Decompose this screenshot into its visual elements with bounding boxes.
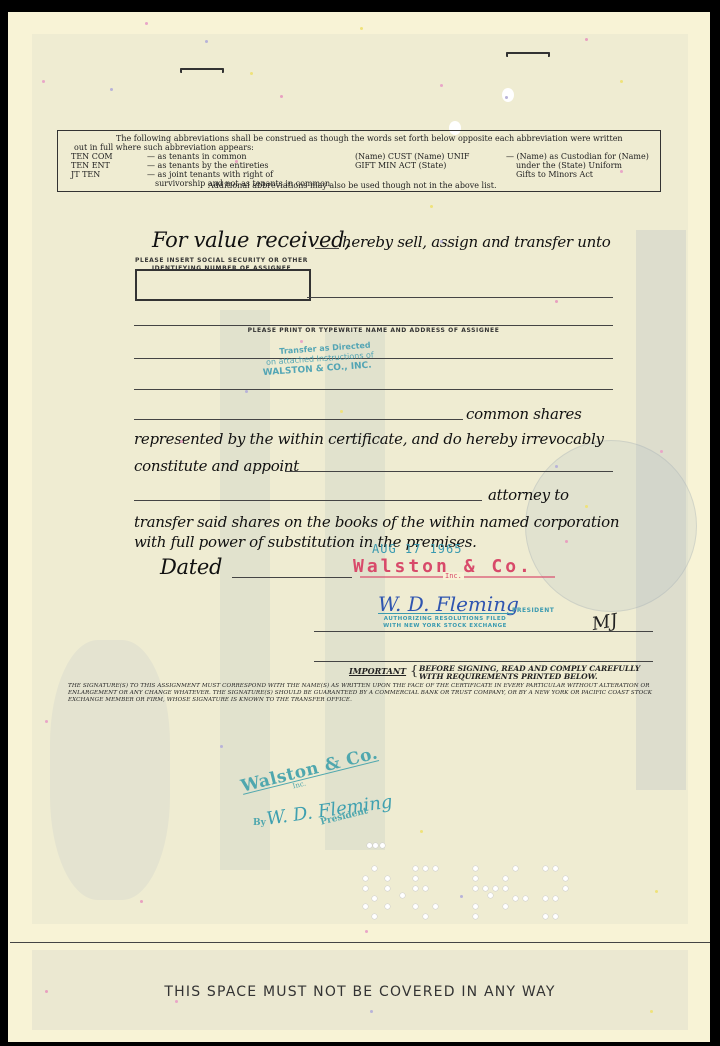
perforation-hole xyxy=(363,876,368,881)
signature-underline xyxy=(378,613,513,614)
perforation-hole xyxy=(413,886,418,891)
fleck xyxy=(565,540,568,543)
perforation-hole xyxy=(513,866,518,871)
constitute-appoint-text: constitute and appoint xyxy=(134,457,299,475)
perforation-hole xyxy=(503,876,508,881)
fleck xyxy=(250,72,253,75)
represented-text: represented by the within certificate, a… xyxy=(134,430,604,448)
fleck xyxy=(360,27,363,30)
shares-count-line xyxy=(134,419,463,420)
perforation-hole xyxy=(380,843,385,848)
fleck xyxy=(585,505,588,508)
signature-line-2 xyxy=(314,661,653,662)
attorney-name-line-1 xyxy=(285,471,613,472)
fleck xyxy=(655,890,658,893)
fleck xyxy=(585,38,588,41)
assignor-blank xyxy=(315,248,339,249)
perforation-hole xyxy=(473,904,478,909)
fleck xyxy=(420,830,423,833)
perforation-hole xyxy=(385,904,390,909)
perforation-hole xyxy=(400,893,405,898)
perforation-hole xyxy=(473,886,478,891)
transfer-said-text: transfer said shares on the books of the… xyxy=(134,513,619,531)
fleck xyxy=(235,160,238,163)
hereby-transfer-text: hereby sell, assign and transfer unto xyxy=(342,233,610,251)
initials-mark: MJ xyxy=(590,610,619,635)
fleck xyxy=(440,240,443,243)
perforation-hole xyxy=(385,876,390,881)
perforation-hole xyxy=(372,896,377,901)
fleck xyxy=(505,96,508,99)
fleck xyxy=(430,205,433,208)
perforation-hole xyxy=(543,866,548,871)
perforation-hole xyxy=(493,886,498,891)
perforation-hole xyxy=(543,914,548,919)
perforation-hole xyxy=(563,886,568,891)
fleck xyxy=(620,170,623,173)
perforation-hole xyxy=(503,886,508,891)
fleck xyxy=(145,22,148,25)
perforation-hole xyxy=(367,843,372,848)
perforation-hole xyxy=(363,904,368,909)
abbreviations-box: The following abbreviations shall be con… xyxy=(57,130,661,192)
fleck xyxy=(42,80,45,83)
perforation-hole xyxy=(433,866,438,871)
red-stamp-inc: Inc. xyxy=(443,572,464,580)
attorney-name-line-2 xyxy=(134,500,482,501)
perforation-hole xyxy=(553,866,558,871)
perforation-hole xyxy=(483,886,488,891)
perforation-hole xyxy=(423,914,428,919)
common-shares-text: common shares xyxy=(466,405,582,423)
perforation-hole xyxy=(553,896,558,901)
do-not-cover-note: THIS SPACE MUST NOT BE COVERED IN ANY WA… xyxy=(0,984,720,1000)
resolutions-stamp: AUTHORIZING RESOLUTIONS FILED WITH NEW Y… xyxy=(375,616,515,630)
fleck xyxy=(45,990,48,993)
attorney-to-text: attorney to xyxy=(488,486,569,504)
fleck xyxy=(140,900,143,903)
fleck xyxy=(205,40,208,43)
perforation-hole xyxy=(488,893,493,898)
fleck xyxy=(110,88,113,91)
perforation-hole xyxy=(543,896,548,901)
fleck xyxy=(45,720,48,723)
fleck xyxy=(245,390,248,393)
important-label: IMPORTANT xyxy=(349,666,406,676)
staple xyxy=(506,52,550,57)
fleck xyxy=(555,465,558,468)
perforation-hole xyxy=(423,886,428,891)
perforation-hole xyxy=(413,866,418,871)
ssn-input-box[interactable] xyxy=(135,269,311,301)
perforation-hole xyxy=(373,843,378,848)
abbreviations-intro: The following abbreviations shall be con… xyxy=(68,134,656,152)
perforation-hole xyxy=(372,866,377,871)
date-line xyxy=(232,577,352,578)
perforation-hole xyxy=(553,914,558,919)
perforation-hole xyxy=(503,904,508,909)
guarantee-by: By xyxy=(253,818,266,828)
fleck xyxy=(650,1010,653,1013)
important-notice: BEFORE SIGNING, READ AND COMPLY CAREFULL… xyxy=(419,665,640,681)
assignee-line-1 xyxy=(307,297,613,298)
name-address-label: PLEASE PRINT OR TYPEWRITE NAME AND ADDRE… xyxy=(134,327,613,334)
fleck xyxy=(280,95,283,98)
perforation-hole xyxy=(433,904,438,909)
abbr-custodian: — (Name) as Custodian for (Name) under t… xyxy=(506,152,649,179)
fleck xyxy=(370,1010,373,1013)
fleck xyxy=(175,1000,178,1003)
perforation-hole xyxy=(413,904,418,909)
abbr-ten-com: TEN COM— as tenants in common xyxy=(71,152,247,161)
perforation-hole xyxy=(413,876,418,881)
fleck xyxy=(660,450,663,453)
perforation-hole xyxy=(473,914,478,919)
fleck xyxy=(365,930,368,933)
perforation-hole xyxy=(473,866,478,871)
perforation-hole xyxy=(523,896,528,901)
brace: { xyxy=(410,664,418,679)
date-stamp: AUG 17 1965 xyxy=(372,542,462,556)
dated-label: Dated xyxy=(160,555,222,579)
abbr-uniform-gift: (Name) CUST (Name) UNIF GIFT MIN ACT (St… xyxy=(355,152,469,170)
fleck xyxy=(340,410,343,413)
perforation-hole xyxy=(513,896,518,901)
fleck xyxy=(180,440,183,443)
bottom-divider xyxy=(10,942,710,943)
signature-requirements: THE SIGNATURE(S) TO THIS ASSIGNMENT MUST… xyxy=(68,683,662,704)
perforation-hole xyxy=(372,914,377,919)
perforation-hole xyxy=(563,876,568,881)
fleck xyxy=(440,84,443,87)
punch-hole xyxy=(502,88,514,102)
address-line-2 xyxy=(134,389,613,390)
show-through-portrait xyxy=(50,640,170,900)
perforation-hole xyxy=(385,886,390,891)
fleck xyxy=(620,80,623,83)
assignee-line-2 xyxy=(134,325,613,326)
perforation-hole xyxy=(473,876,478,881)
fleck xyxy=(300,340,303,343)
perforation-hole xyxy=(363,886,368,891)
perforation-hole xyxy=(423,866,428,871)
abbr-ten-ent: TEN ENT— as tenants by the entireties xyxy=(71,161,269,170)
fleck xyxy=(220,745,223,748)
fleck xyxy=(555,300,558,303)
staple xyxy=(180,68,224,73)
fleck xyxy=(460,895,463,898)
president-title: PRESIDENT xyxy=(512,607,554,614)
abbreviations-footer: Additional abbreviations may also be use… xyxy=(208,181,497,190)
